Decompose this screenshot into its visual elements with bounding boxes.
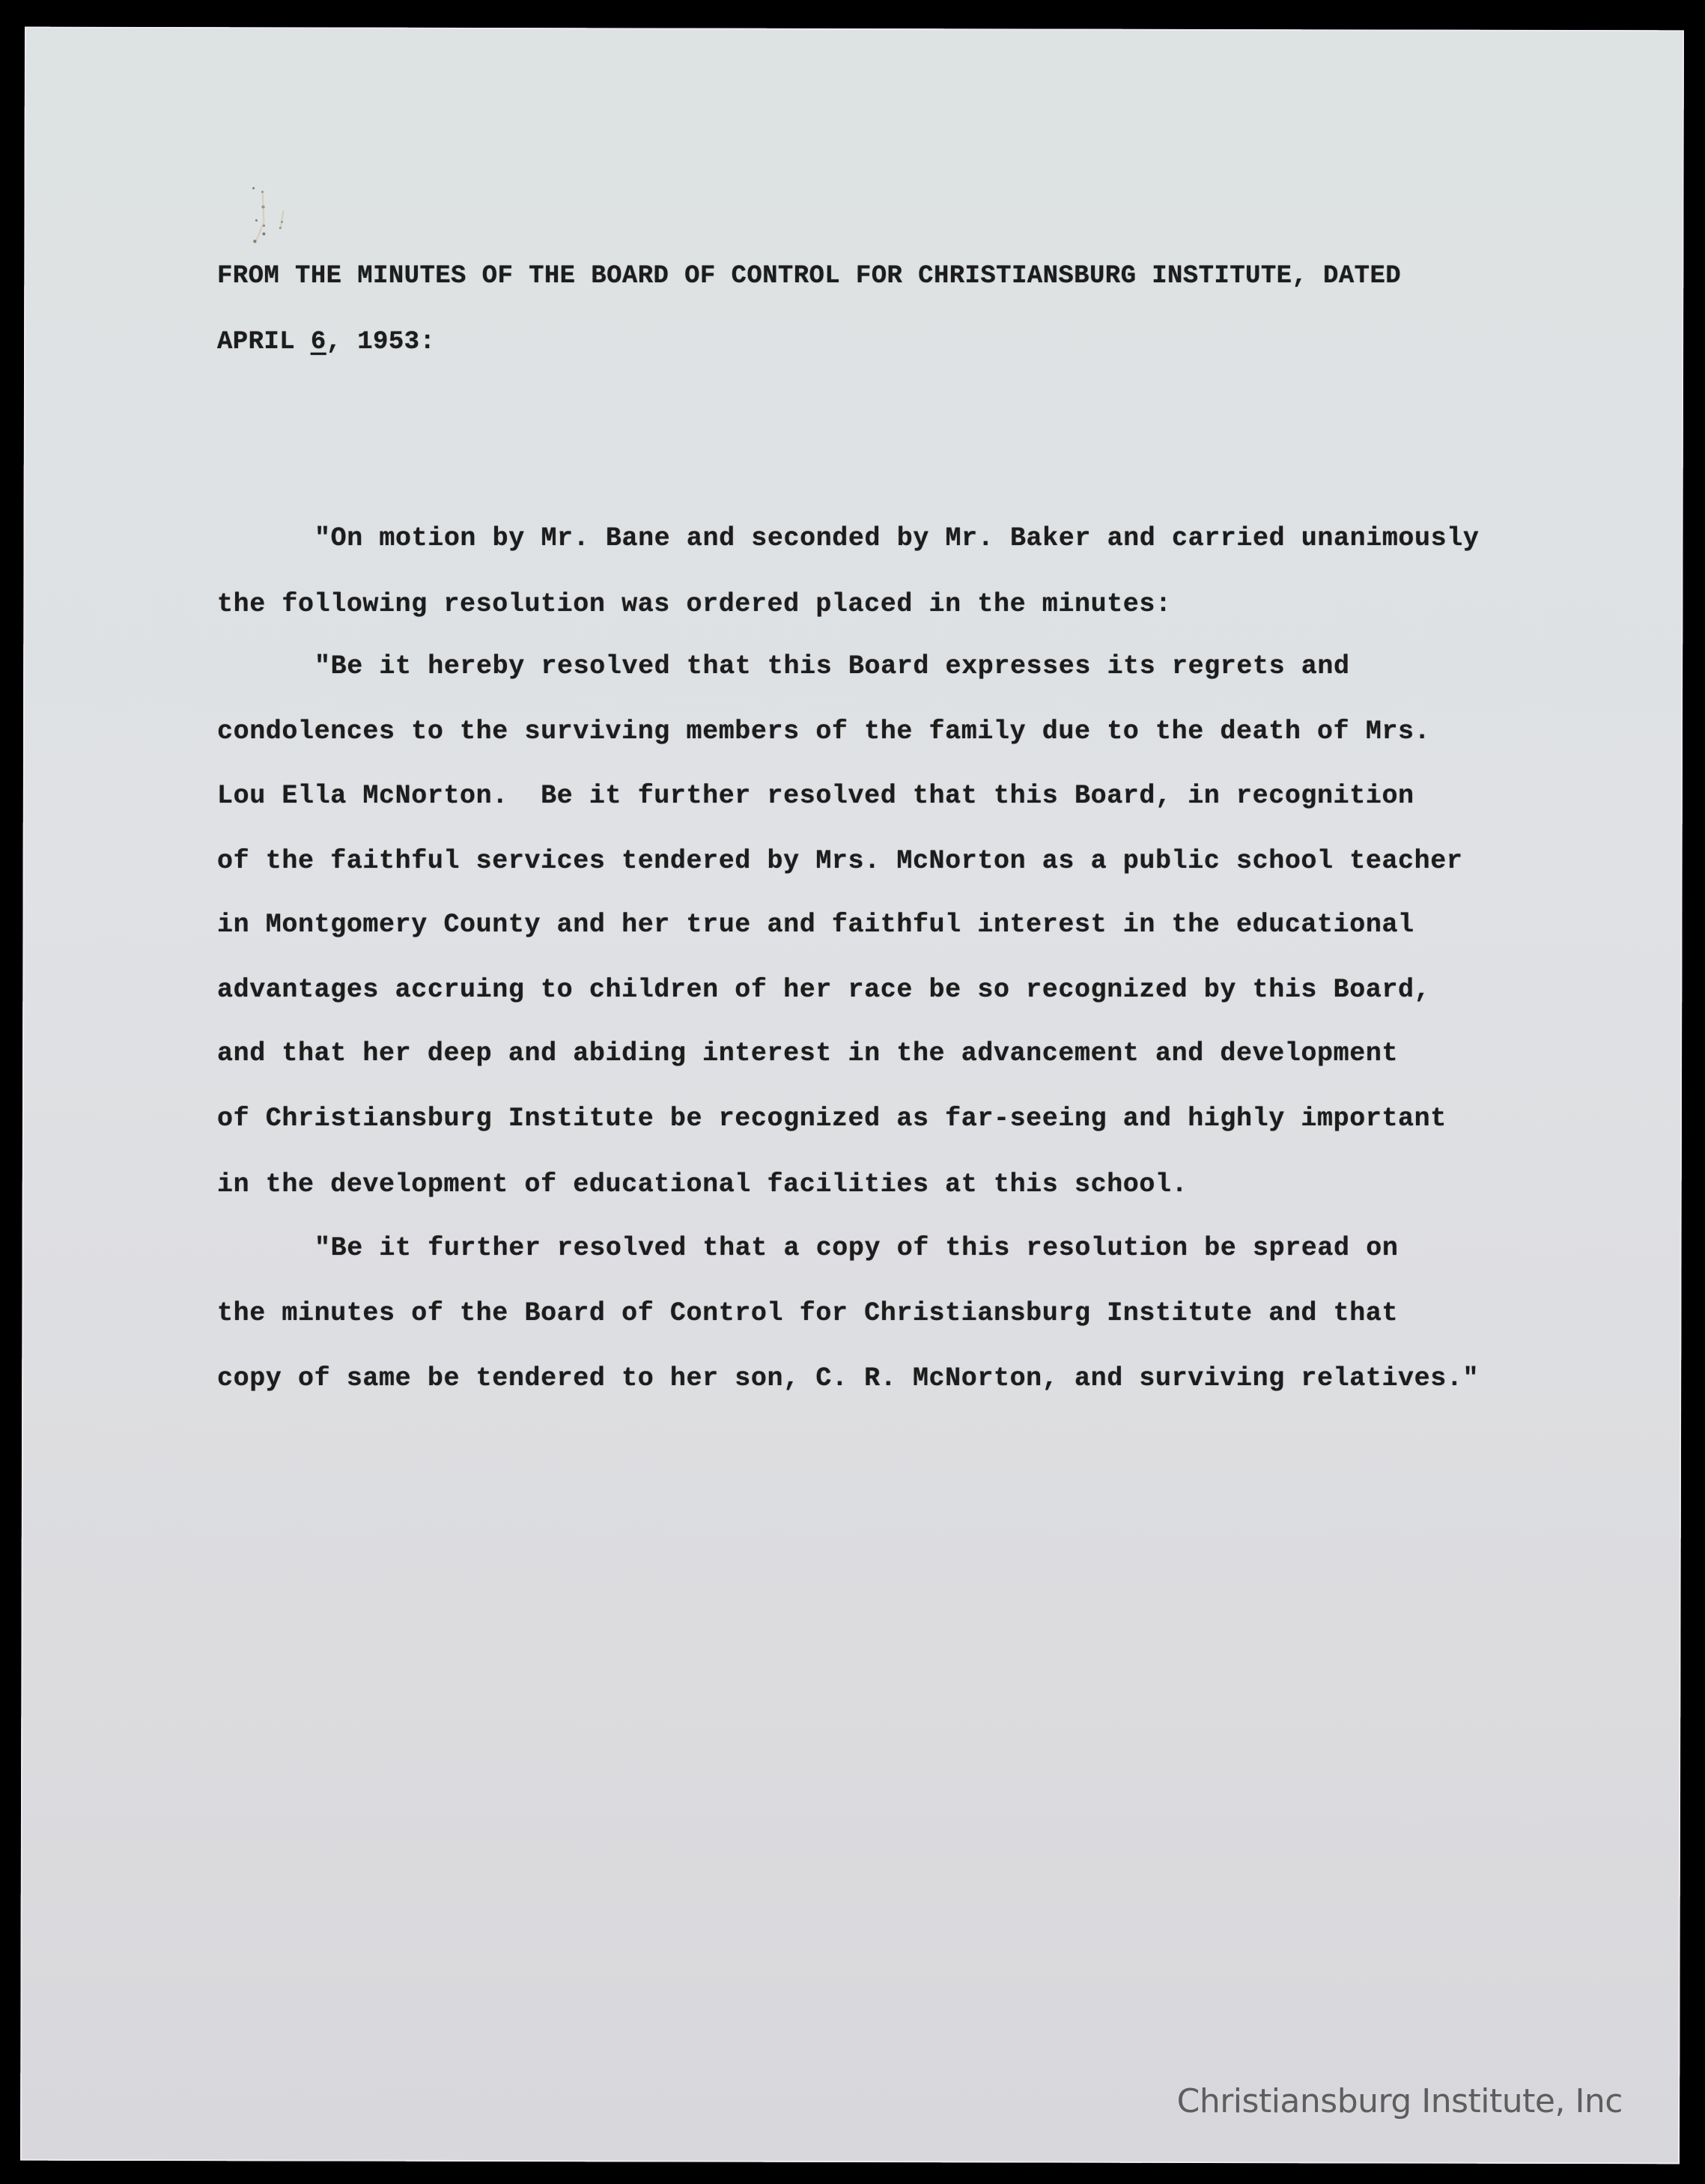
body-line: the minutes of the Board of Control for … bbox=[217, 1301, 1398, 1327]
body-line: "Be it further resolved that a copy of t… bbox=[314, 1235, 1398, 1262]
heading-line-1: FROM THE MINUTES OF THE BOARD OF CONTROL… bbox=[217, 264, 1401, 289]
body-line: the following resolution was ordered pla… bbox=[217, 591, 1172, 618]
watermark-label: Christiansburg Institute, Inc bbox=[1177, 2082, 1623, 2120]
body-line: of the faithful services tendered by Mrs… bbox=[217, 848, 1462, 874]
body-line: "Be it hereby resolved that this Board e… bbox=[314, 654, 1350, 680]
heading-date-prefix: APRIL bbox=[217, 328, 311, 356]
heading-date-suffix: , 1953: bbox=[326, 328, 436, 356]
heading-line-2: APRIL 6, 1953: bbox=[217, 329, 435, 355]
body-line: copy of same be tendered to her son, C. … bbox=[217, 1366, 1479, 1392]
body-line: in Montgomery County and her true and fa… bbox=[217, 912, 1414, 938]
body-line: in the development of educational facili… bbox=[217, 1172, 1188, 1198]
body-line: condolences to the surviving members of … bbox=[217, 719, 1430, 745]
heading-date-day: 6 bbox=[311, 328, 326, 356]
body-line: and that her deep and abiding interest i… bbox=[217, 1041, 1398, 1067]
paper-stain-mark bbox=[247, 169, 292, 259]
body-line: advantages accruing to children of her r… bbox=[217, 977, 1430, 1003]
body-line: of Christiansburg Institute be recognize… bbox=[217, 1106, 1447, 1132]
body-line: "On motion by Mr. Bane and seconded by M… bbox=[314, 526, 1479, 552]
body-line: Lou Ella McNorton. Be it further resolve… bbox=[217, 783, 1414, 809]
